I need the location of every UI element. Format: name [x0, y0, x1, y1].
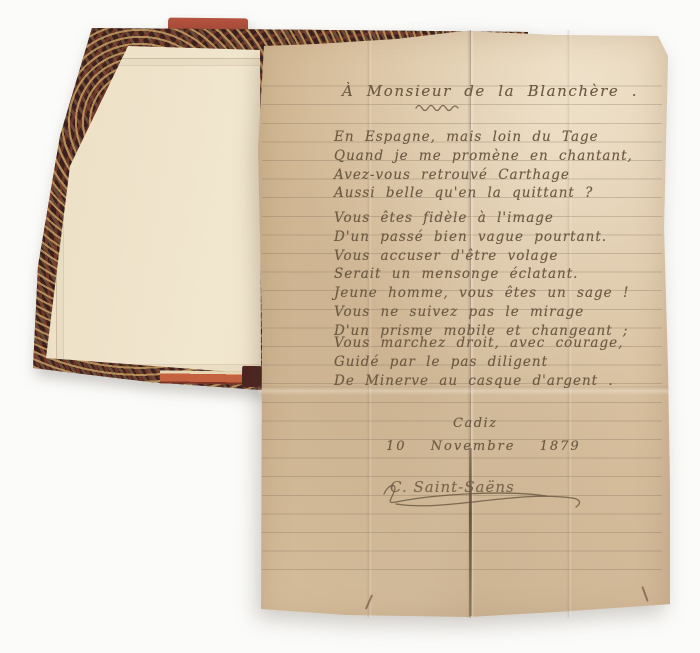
dedication-line: À Monsieur de la Blanchère .	[342, 82, 638, 100]
poem-line: Vous ne suivez pas le mirage	[334, 303, 629, 322]
poem-line: Vous marchez droit, avec courage,	[334, 334, 623, 353]
poem-line: Guidé par le pas diligent	[334, 353, 623, 372]
signature: C. Saint-Saëns	[378, 472, 588, 516]
poem-line: Jeune homme, vous êtes un sage !	[334, 284, 629, 303]
poem-line: Avez-vous retrouvé Carthage	[334, 166, 633, 185]
place-line: Cadiz	[453, 416, 498, 431]
date-line: 10 Novembre 1879	[386, 439, 581, 454]
poem-line: Vous êtes fidèle à l'image	[334, 209, 607, 228]
poem-line: Vous accuser d'être volage	[334, 247, 607, 266]
stanza-2: Vous êtes fidèle à l'image D'un passé bi…	[334, 209, 607, 284]
poem-line: D'un passé bien vague pourtant.	[334, 228, 607, 247]
stanza-1: En Espagne, mais loin du Tage Quand je m…	[334, 128, 633, 203]
stanza-4: Vous marchez droit, avec courage, Guidé …	[334, 334, 623, 390]
stanza-3: Jeune homme, vous êtes un sage ! Vous ne…	[334, 284, 629, 340]
underline-flourish	[414, 102, 460, 112]
poem-line: Serait un mensonge éclatant.	[334, 265, 607, 284]
poem-line: En Espagne, mais loin du Tage	[334, 128, 633, 147]
poem-line: Quand je me promène en chantant,	[334, 147, 633, 166]
poem-line: De Minerve au casque d'argent .	[334, 372, 623, 391]
signature-text: C. Saint-Saëns	[390, 478, 515, 496]
poem-line: Aussi belle qu'en la quittant ?	[334, 184, 633, 203]
manuscript-sheet: À Monsieur de la Blanchère . En Espagne,…	[256, 28, 670, 624]
handwriting-layer: À Monsieur de la Blanchère . En Espagne,…	[256, 28, 670, 624]
photo-scene: À Monsieur de la Blanchère . En Espagne,…	[0, 0, 700, 653]
